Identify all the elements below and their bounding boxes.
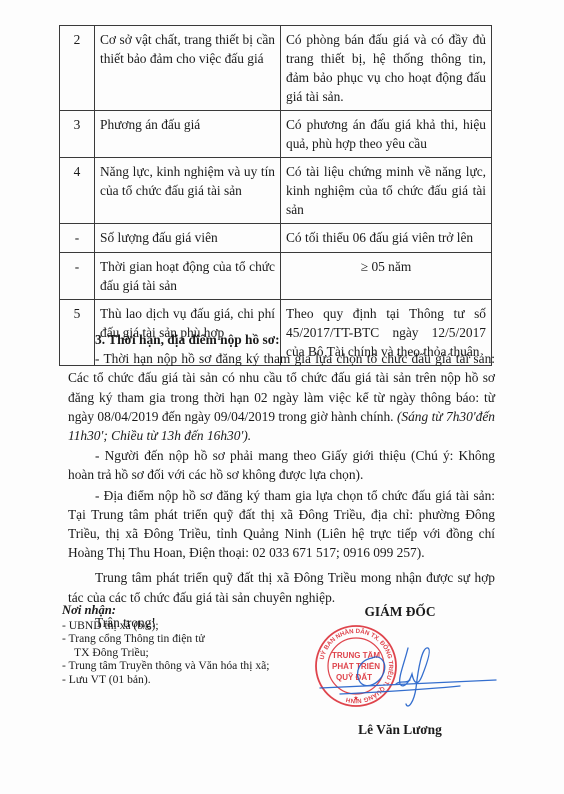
table-row: 4 Năng lực, kinh nghiệm và uy tín của tổ… xyxy=(60,158,492,224)
row-number: 4 xyxy=(60,158,95,224)
handwritten-signature-icon xyxy=(300,640,500,720)
row-number: - xyxy=(60,253,95,300)
recipient-item: - UBND thị xã (b/c); xyxy=(62,619,270,633)
criteria-table: 2 Cơ sở vật chất, trang thiết bị cần thi… xyxy=(59,25,492,366)
table-row: 3 Phương án đấu giá Có phương án đấu giá… xyxy=(60,111,492,158)
criterion-cell: Số lượng đấu giá viên xyxy=(95,224,281,253)
section-heading: 3. Thời hạn, địa điểm nộp hồ sơ: xyxy=(68,330,495,349)
criterion-cell: Cơ sở vật chất, trang thiết bị cần thiết… xyxy=(95,26,281,111)
requirement-cell: Có phương án đấu giá khả thi, hiệu quả, … xyxy=(281,111,492,158)
table-row: - Thời gian hoạt động của tổ chức đấu gi… xyxy=(60,253,492,300)
table-row: 2 Cơ sở vật chất, trang thiết bị cần thi… xyxy=(60,26,492,111)
criterion-cell: Năng lực, kinh nghiệm và uy tín của tổ c… xyxy=(95,158,281,224)
requirement-cell: Có tối thiểu 06 đấu giá viên trở lên xyxy=(281,224,492,253)
closing-paragraph: Trung tâm phát triển quỹ đất thị xã Đông… xyxy=(68,568,495,606)
requirement-cell: Có tài liệu chứng minh về năng lực, kinh… xyxy=(281,158,492,224)
recipient-item: - Trung tâm Truyền thông và Văn hóa thị … xyxy=(62,659,270,673)
row-number: 3 xyxy=(60,111,95,158)
requirement-cell: ≥ 05 năm xyxy=(281,253,492,300)
row-number: - xyxy=(60,224,95,253)
recipients-title: Nơi nhận: xyxy=(62,604,270,618)
location-paragraph: - Địa điểm nộp hồ sơ đăng ký tham gia lự… xyxy=(68,486,495,563)
recipient-item: - Lưu VT (01 bản). xyxy=(62,673,270,687)
signer-name: Lê Văn Lương xyxy=(330,722,470,738)
submitter-paragraph: - Người đến nộp hồ sơ phải mang theo Giấ… xyxy=(68,446,495,484)
recipient-item: - Trang cổng Thông tin điện tử xyxy=(62,632,270,646)
recipient-item: TX Đông Triều; xyxy=(62,646,270,660)
deadline-paragraph: - Thời hạn nộp hồ sơ đăng ký tham gia lự… xyxy=(68,349,495,445)
criterion-cell: Thời gian hoạt động của tổ chức đấu giá … xyxy=(95,253,281,300)
table-row: - Số lượng đấu giá viên Có tối thiểu 06 … xyxy=(60,224,492,253)
section-3: 3. Thời hạn, địa điểm nộp hồ sơ: - Thời … xyxy=(68,330,495,633)
requirement-cell: Có phòng bán đấu giá và có đầy đủ trang … xyxy=(281,26,492,111)
recipients-block: Nơi nhận: - UBND thị xã (b/c); - Trang c… xyxy=(62,604,270,687)
row-number: 2 xyxy=(60,26,95,111)
document-page: 2 Cơ sở vật chất, trang thiết bị cần thi… xyxy=(0,0,564,794)
signer-title: GIÁM ĐỐC xyxy=(330,604,470,620)
criterion-cell: Phương án đấu giá xyxy=(95,111,281,158)
